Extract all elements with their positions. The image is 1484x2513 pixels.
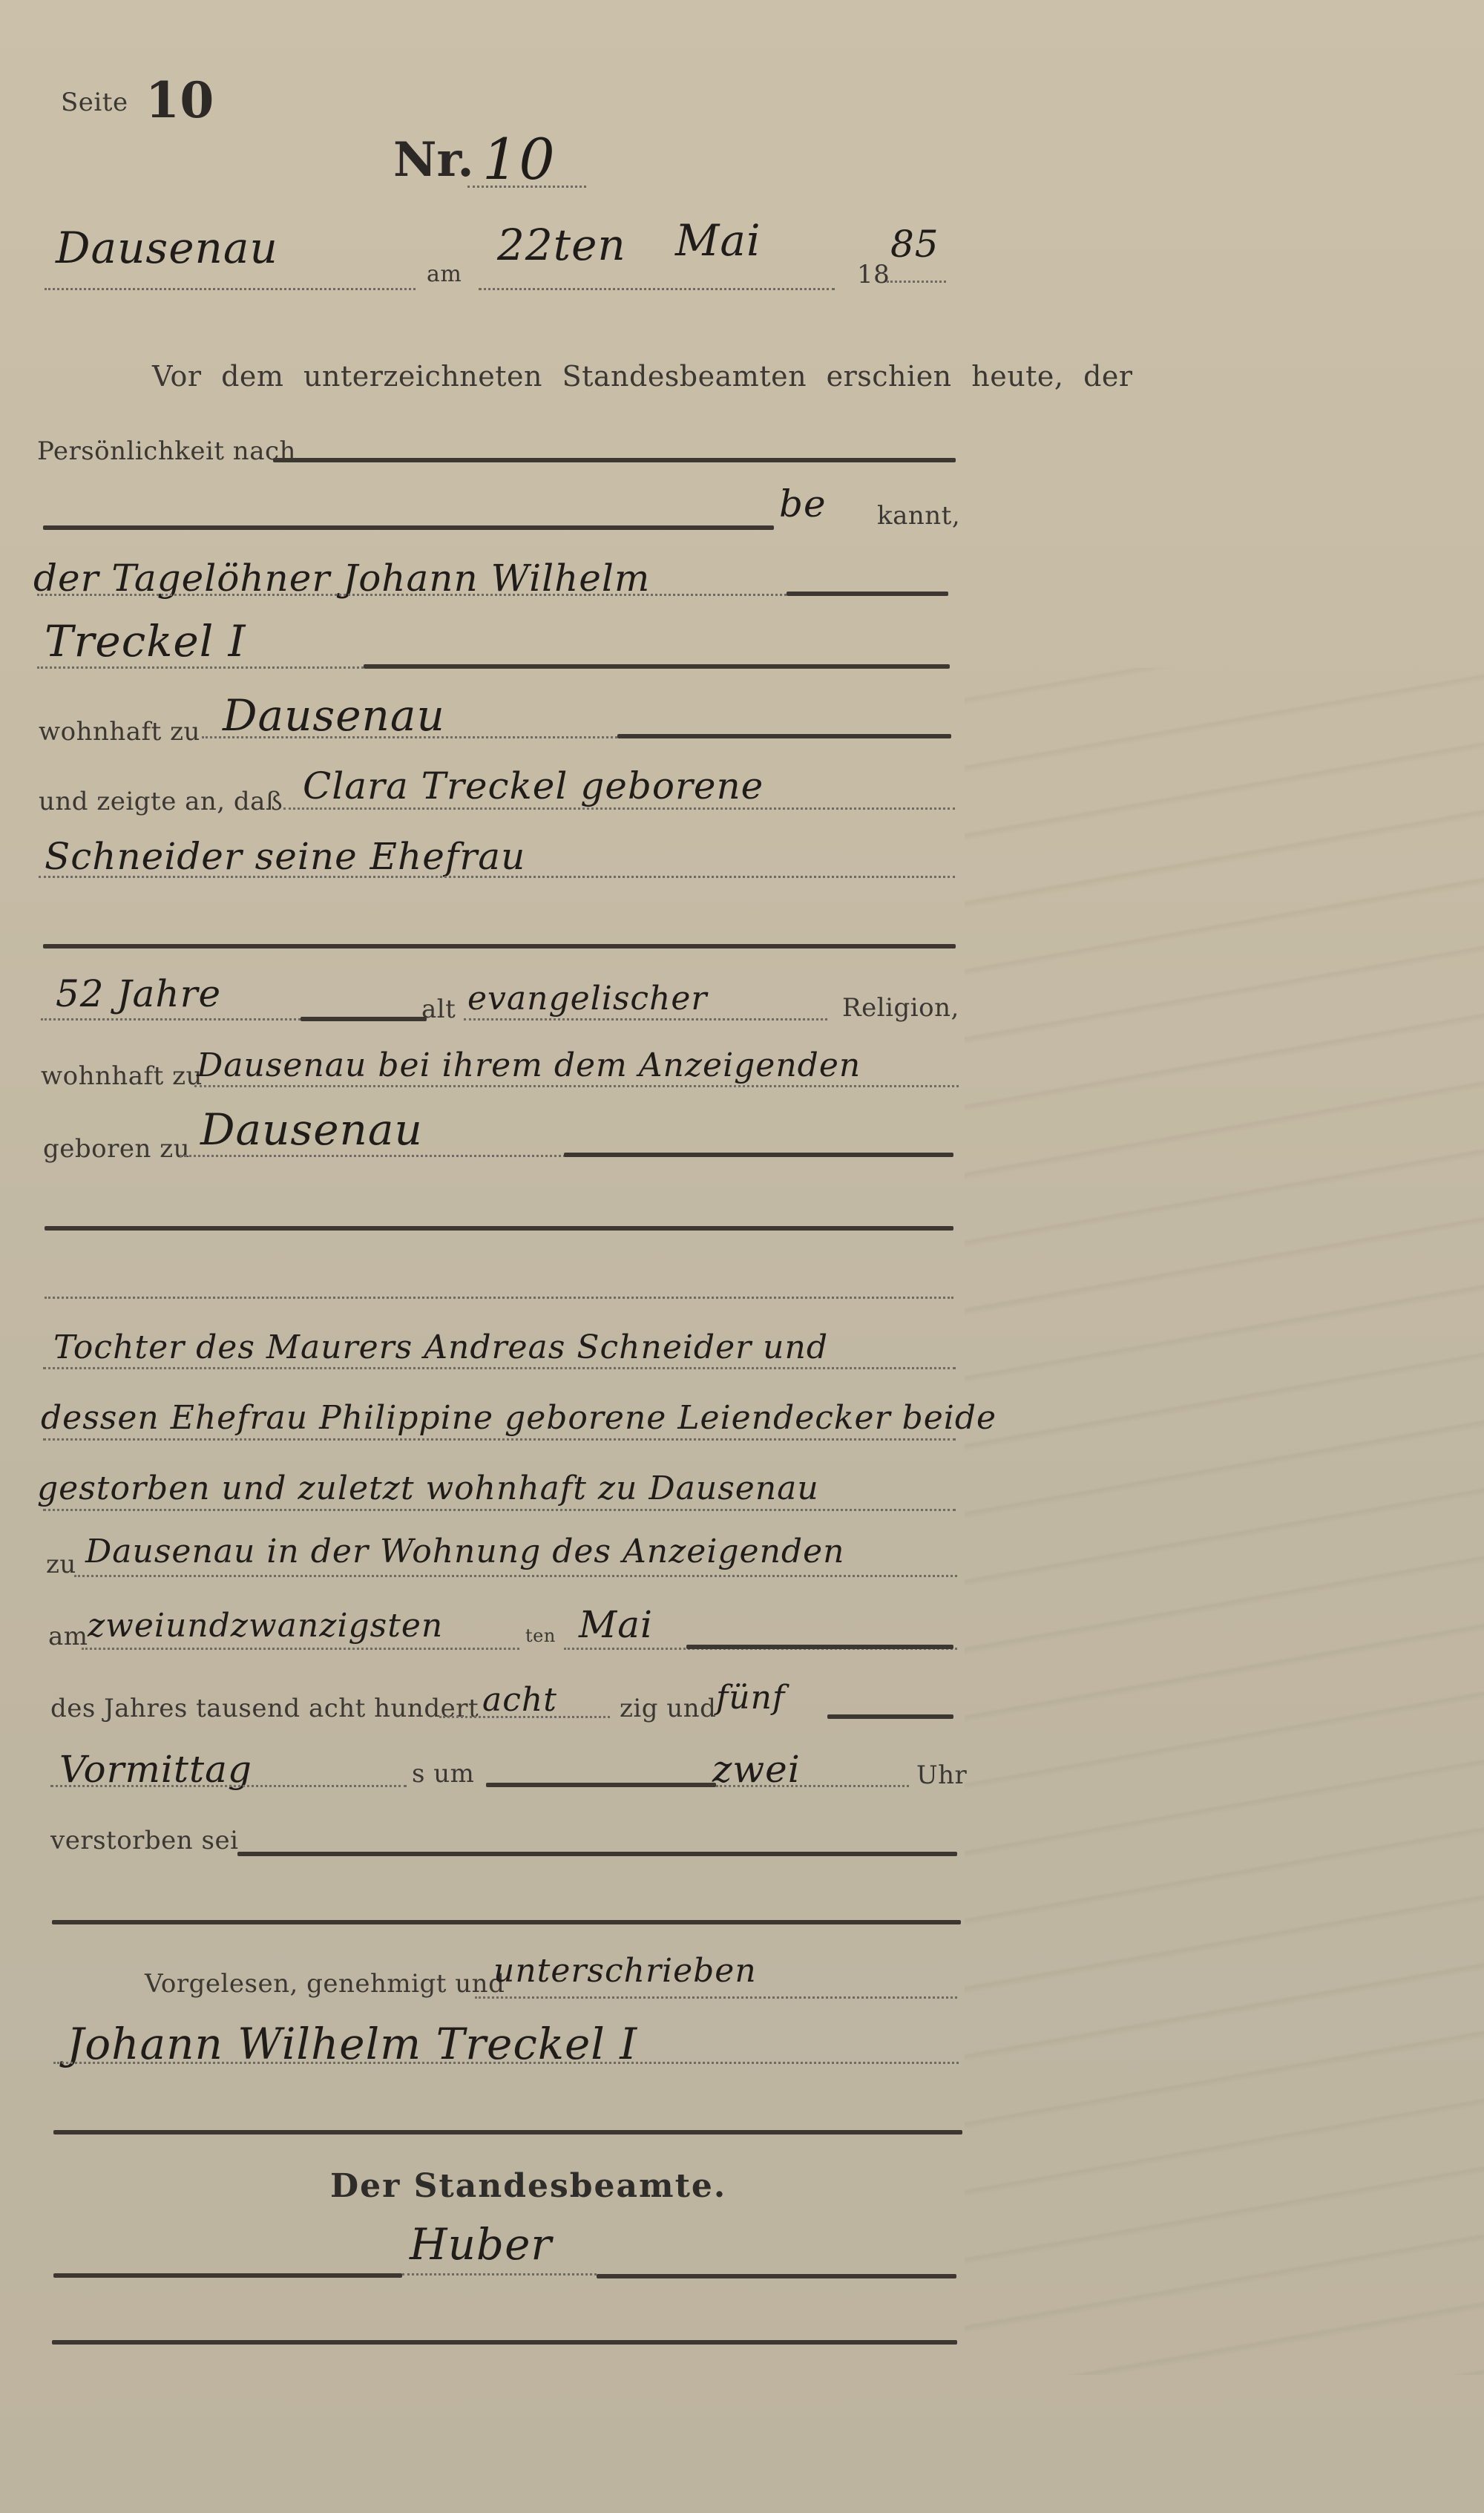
dotted-line — [402, 2273, 597, 2276]
parents-line-1: Tochter des Maurers Andreas Schneider un… — [53, 1328, 828, 1366]
death-decade: acht — [482, 1681, 557, 1719]
alt-label: alt — [421, 995, 456, 1024]
rule — [564, 1153, 953, 1157]
rule — [787, 592, 948, 596]
rule — [237, 1852, 957, 1856]
year-suffix: 85 — [890, 223, 939, 266]
kannt-label: kannt, — [877, 501, 960, 531]
standesbeamte-label: Der Standesbeamte. — [330, 2167, 726, 2205]
dotted-line — [50, 1785, 407, 1787]
dotted-line — [283, 807, 955, 810]
dotted-line — [475, 1996, 957, 1999]
dotted-line — [41, 1018, 301, 1020]
rule — [486, 1783, 716, 1787]
dotted-line — [716, 1785, 909, 1787]
am-label: am — [427, 261, 462, 287]
dotted-line — [43, 1509, 956, 1511]
rule — [52, 2340, 957, 2345]
verstorben-label: verstorben sei — [50, 1826, 238, 1855]
deceased-age: 52 Jahre — [56, 972, 221, 1015]
dotted-line — [39, 876, 955, 878]
dotted-line — [464, 1018, 827, 1020]
dotted-line — [82, 1648, 519, 1650]
uhr-label: Uhr — [916, 1760, 967, 1790]
personlichkeit-label: Persönlichkeit nach — [37, 436, 296, 466]
rule — [52, 1920, 961, 1924]
dotted-line — [439, 1716, 610, 1718]
death-day: zweiundzwanzigsten — [88, 1607, 443, 1645]
dotted-line — [37, 666, 364, 669]
informant-surname: Treckel I — [45, 616, 246, 666]
dotted-line — [53, 2062, 959, 2064]
record-number: 10 — [482, 126, 556, 192]
dotted-line — [45, 1297, 953, 1299]
dotted-line — [194, 1085, 959, 1087]
informant-residence: Dausenau — [223, 690, 445, 741]
rule — [43, 525, 774, 530]
death-month: Mai — [579, 1603, 653, 1646]
deceased-residence: Dausenau bei ihrem dem Anzeigenden — [197, 1046, 861, 1084]
death-unit: fünf — [716, 1679, 785, 1717]
rule — [45, 1226, 953, 1231]
unterschrieben: unterschrieben — [493, 1952, 757, 1990]
bleed-through-text — [965, 668, 1484, 2375]
wohnhaft-label: wohnhaft zu — [39, 717, 200, 747]
record-number-dotted-line — [467, 186, 586, 188]
dotted-line — [180, 1155, 565, 1157]
be-handwritten: be — [779, 482, 827, 525]
rule — [597, 2274, 956, 2278]
vorgelesen-label: Vorgelesen, genehmigt und — [145, 1969, 505, 1999]
deceased-wohnhaft-label: wohnhaft zu — [41, 1061, 203, 1091]
geboren-label: geboren zu — [43, 1134, 190, 1164]
rule — [301, 1017, 427, 1021]
deceased-birthplace: Dausenau — [200, 1104, 423, 1155]
rule — [364, 664, 950, 669]
rule — [273, 458, 956, 462]
rule — [827, 1714, 953, 1719]
zu-label: zu — [46, 1550, 76, 1579]
intro-sentence: Vor dem unterzeichneten Standesbeamten e… — [152, 360, 1133, 393]
place-dotted-line — [45, 288, 416, 290]
page-label: Seite — [61, 88, 128, 117]
year-prefix: 18 — [857, 260, 890, 289]
registry-month: Mai — [675, 215, 761, 266]
zig-und-label: zig und — [620, 1694, 716, 1723]
parents-line-2: dessen Ehefrau Philippine geborene Leien… — [41, 1399, 997, 1437]
registry-place: Dausenau — [56, 223, 278, 273]
parents-line-3: gestorben und zuletzt wohnhaft zu Dausen… — [37, 1470, 819, 1507]
year-dotted-line — [887, 281, 946, 283]
religion-label: Religion, — [842, 993, 959, 1023]
dotted-line — [43, 1367, 956, 1369]
record-number-label: Nr. — [393, 132, 474, 188]
dotted-line — [43, 1438, 956, 1441]
rule — [53, 2130, 962, 2134]
s-um-label: s um — [412, 1759, 474, 1789]
rule — [686, 1645, 953, 1649]
date-dotted-line — [479, 288, 835, 290]
deceased-name: Clara Treckel geborene — [303, 764, 764, 807]
registry-day: 22ten — [497, 220, 626, 270]
dotted-line — [74, 1575, 957, 1577]
death-am-label: am — [48, 1622, 88, 1651]
zeigte-an-label: und zeigte an, daß — [39, 787, 283, 816]
deceased-religion: evangelischer — [467, 980, 707, 1018]
deceased-maiden-name: Schneider seine Ehefrau — [45, 835, 525, 878]
page-number: 10 — [145, 71, 214, 129]
jahres-label: des Jahres tausend acht hundert — [50, 1694, 479, 1723]
rule — [43, 944, 956, 948]
rule — [53, 2273, 402, 2278]
ten-label: ten — [525, 1625, 556, 1646]
dotted-line — [202, 736, 617, 738]
official-signature: Huber — [410, 2219, 552, 2270]
death-place: Dausenau in der Wohnung des Anzeigenden — [85, 1533, 844, 1570]
dotted-line — [37, 594, 787, 596]
rule — [617, 734, 951, 738]
